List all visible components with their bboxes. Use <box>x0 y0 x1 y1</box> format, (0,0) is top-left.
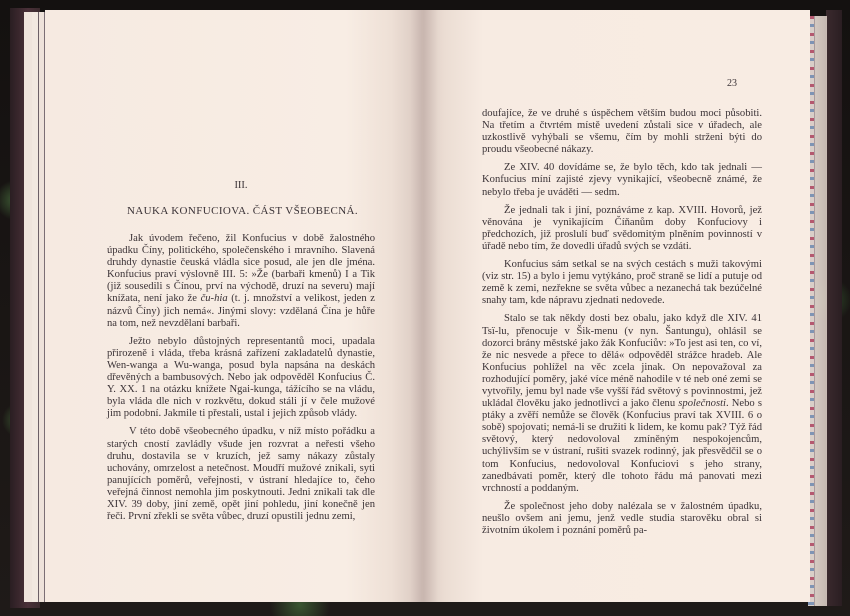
paragraph: Konfucius sám setkal se na svých cestách… <box>482 259 762 307</box>
page-number: 23 <box>727 78 737 89</box>
paragraph: Že jednali tak i jiní, poznáváme z kap. … <box>482 205 762 253</box>
book-cover-right <box>826 10 842 606</box>
paragraph: doufajíce, že ve druhé s úspěchem větším… <box>482 108 762 156</box>
paragraph: Že společnost jeho doby nalézala se v ža… <box>482 501 762 537</box>
italic-term: společnosti <box>678 398 726 409</box>
chapter-number: III. <box>107 180 375 191</box>
paragraph: Ze XIV. 40 dovídáme se, že bylo těch, kd… <box>482 162 762 198</box>
paragraph: V této době všeobecného úpadku, v níž mí… <box>107 426 375 523</box>
paragraph: Ježto nebylo důstojných representantů mo… <box>107 336 375 421</box>
left-page-body: Jak úvodem řečeno, žil Konfucius v době … <box>107 233 375 529</box>
book-gutter <box>410 10 438 602</box>
page-edge <box>32 12 39 602</box>
chapter-title: NAUKA KONFUCIOVA. ČÁST VŠEOBECNÁ. <box>100 205 385 217</box>
italic-term: ču-hia <box>201 293 228 304</box>
paragraph: Jak úvodem řečeno, žil Konfucius v době … <box>107 233 375 330</box>
right-page-body: doufajíce, že ve druhé s úspěchem větším… <box>482 108 762 543</box>
paragraph: Stalo se tak někdy dosti bez obalu, jako… <box>482 313 762 494</box>
sprinkled-fore-edge <box>808 16 826 606</box>
